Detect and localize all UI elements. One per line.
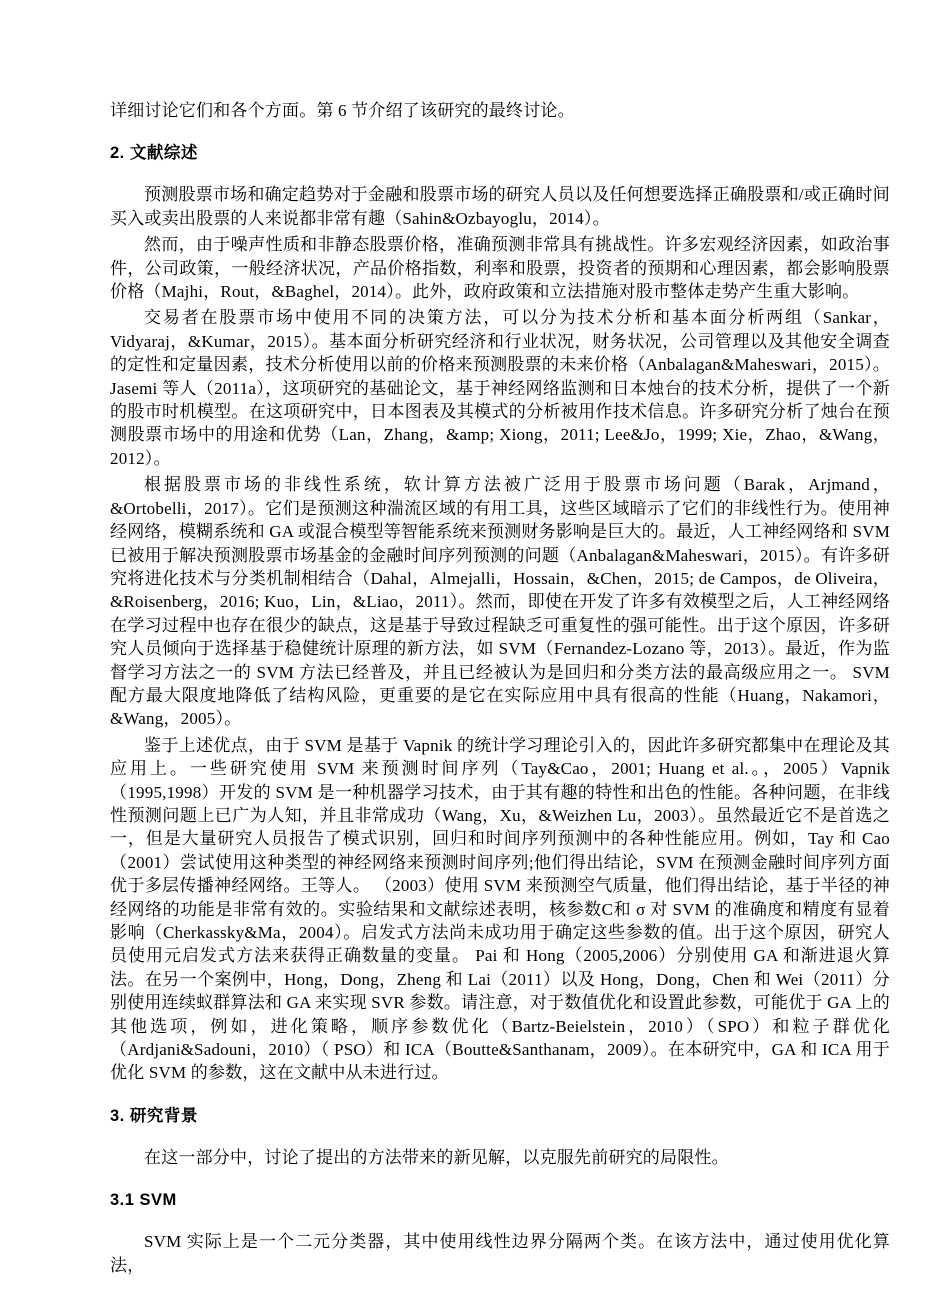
body-paragraph-soft-computing: 根据股票市场的非线性系统，软计算方法被广泛用于股票市场问题（Barak，Arjm… [110,473,890,730]
body-paragraph-section-intro: 在这一部分中，讨论了提出的方法带来的新见解，以克服先前研究的局限性。 [110,1146,890,1169]
body-paragraph-trader-methods: 交易者在股票市场中使用不同的决策方法，可以分为技术分析和基本面分析两组（Sank… [110,306,890,470]
body-paragraph-svm-advantages: 鉴于上述优点，由于 SVM 是基于 Vapnik 的统计学习理论引入的，因此许多… [110,734,890,1085]
document-page: 详细讨论它们和各个方面。第 6 节介绍了该研究的最终讨论。 2. 文献综述 预测… [0,0,926,1309]
body-paragraph-challenges: 然而，由于噪声性质和非静态股票价格，准确预测非常具有挑战性。许多宏观经济因素，如… [110,233,890,303]
document-content: 详细讨论它们和各个方面。第 6 节介绍了该研究的最终讨论。 2. 文献综述 预测… [110,99,890,1280]
section-heading-svm: 3.1 SVM [110,1189,890,1212]
body-paragraph-prediction-interest: 预测股票市场和确定趋势对于金融和股票市场的研究人员以及任何想要选择正确股票和/或… [110,183,890,230]
body-paragraph-continuation: 详细讨论它们和各个方面。第 6 节介绍了该研究的最终讨论。 [110,99,890,122]
section-heading-literature-review: 2. 文献综述 [110,142,890,165]
section-heading-research-background: 3. 研究背景 [110,1105,890,1128]
body-paragraph-svm-definition: SVM 实际上是一个二元分类器，其中使用线性边界分隔两个类。在该方法中，通过使用… [110,1230,890,1277]
